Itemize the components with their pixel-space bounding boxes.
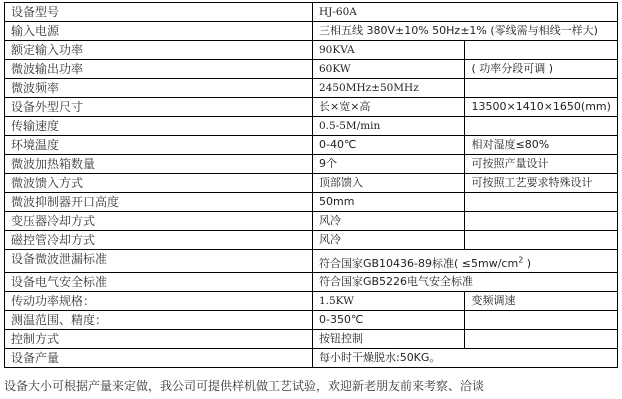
table-row: 微波频率 2450MHz±50MHz	[5, 79, 618, 98]
table-row: 设备型号 HJ-60A	[5, 3, 618, 22]
row-label-transformer-cooling: 变压器冷却方式	[5, 212, 313, 231]
row-value-control-method: 按钮控制	[312, 330, 465, 349]
row-extra-dimensions: 13500×1410×1650(mm)	[465, 98, 618, 117]
row-value-model: HJ-60A	[312, 3, 617, 22]
row-label-dimensions: 设备外型尺寸	[5, 98, 313, 117]
row-label-speed: 传输速度	[5, 117, 313, 136]
table-row: 传动功率规格： 1.5KW 变频调速	[5, 292, 618, 311]
table-row: 微波输出功率 60KW ( 功率分段可调 )	[5, 60, 618, 79]
row-value-suppressor-height: 50mm	[312, 193, 465, 212]
row-value-magnetron-cooling: 风冷	[312, 231, 465, 250]
footer-note: 设备大小可根据产量来定做，我公司可提供样机做工艺试验，欢迎新老朋友前来考察、洽谈	[4, 377, 484, 394]
row-label-temp-range: 测温范围、精度：	[5, 311, 313, 330]
row-value-output-capacity: 每小时干燥脱水:50KG。	[312, 349, 617, 368]
row-value-chamber-count: 9个	[312, 155, 465, 174]
table-row: 微波抑制器开口高度 50mm	[5, 193, 618, 212]
leakage-standard-tail: )	[523, 257, 531, 270]
row-value-temp-range: 0-350℃	[312, 311, 465, 330]
row-extra-transformer-cooling	[465, 212, 618, 231]
table-row: 设备微波泄漏标准 符合国家GB10436-89标准( ≤5mw/cm2 )	[5, 250, 618, 273]
row-value-electrical-standard: 符合国家GB5226电气安全标准	[312, 273, 617, 292]
row-label-suppressor-height: 微波抑制器开口高度	[5, 193, 313, 212]
table-row: 环境温度 0-40℃ 相对湿度≤80%	[5, 136, 618, 155]
row-value-output-power: 60KW	[312, 60, 465, 79]
row-label-magnetron-cooling: 磁控管冷却方式	[5, 231, 313, 250]
table-row: 控制方式 按钮控制	[5, 330, 618, 349]
row-label-rated-power: 额定输入功率	[5, 41, 313, 60]
row-label-leakage-standard: 设备微波泄漏标准	[5, 250, 313, 273]
table-row: 设备产量 每小时干燥脱水:50KG。	[5, 349, 618, 368]
row-label-feed-method: 微波馈入方式	[5, 174, 313, 193]
row-extra-chamber-count: 可按照产量设计	[465, 155, 618, 174]
row-label-electrical-standard: 设备电气安全标准	[5, 273, 313, 292]
row-value-ambient-temp: 0-40℃	[312, 136, 465, 155]
row-extra-drive-power: 变频调速	[465, 292, 618, 311]
row-extra-ambient-temp: 相对湿度≤80%	[465, 136, 618, 155]
row-label-control-method: 控制方式	[5, 330, 313, 349]
row-label-drive-power: 传动功率规格：	[5, 292, 313, 311]
table-row: 设备电气安全标准 符合国家GB5226电气安全标准	[5, 273, 618, 292]
table-row: 微波馈入方式 顶部馈入 可按照工艺要求特殊设计	[5, 174, 618, 193]
spec-table: 设备型号 HJ-60A 输入电源 三相五线 380V±10% 50Hz±1% (…	[4, 2, 618, 368]
table-row: 微波加热箱数量 9个 可按照产量设计	[5, 155, 618, 174]
row-value-dimensions: 长×宽×高	[312, 98, 465, 117]
row-label-model: 设备型号	[5, 3, 313, 22]
row-value-transformer-cooling: 风冷	[312, 212, 465, 231]
row-value-frequency: 2450MHz±50MHz	[312, 79, 465, 98]
leakage-standard-text: 符合国家GB10436-89标准( ≤5mw/cm	[319, 257, 518, 270]
row-label-ambient-temp: 环境温度	[5, 136, 313, 155]
row-label-output-capacity: 设备产量	[5, 349, 313, 368]
row-label-output-power: 微波输出功率	[5, 60, 313, 79]
table-row: 额定输入功率 90KVA	[5, 41, 618, 60]
table-row: 测温范围、精度： 0-350℃	[5, 311, 618, 330]
row-value-rated-power: 90KVA	[312, 41, 465, 60]
row-extra-output-power: ( 功率分段可调 )	[465, 60, 618, 79]
row-extra-control-method	[465, 330, 618, 349]
row-value-drive-power: 1.5KW	[312, 292, 465, 311]
row-extra-frequency	[465, 79, 618, 98]
table-row: 变压器冷却方式 风冷	[5, 212, 618, 231]
row-label-power-input: 输入电源	[5, 22, 313, 41]
table-row: 输入电源 三相五线 380V±10% 50Hz±1% (零线需与相线一样大)	[5, 22, 618, 41]
row-value-feed-method: 顶部馈入	[312, 174, 465, 193]
row-value-power-input: 三相五线 380V±10% 50Hz±1% (零线需与相线一样大)	[312, 22, 617, 41]
row-extra-feed-method: 可按照工艺要求特殊设计	[465, 174, 618, 193]
row-extra-suppressor-height	[465, 193, 618, 212]
row-label-chamber-count: 微波加热箱数量	[5, 155, 313, 174]
row-extra-magnetron-cooling	[465, 231, 618, 250]
row-extra-temp-range	[465, 311, 618, 330]
table-row: 传输速度 0.5-5M/min	[5, 117, 618, 136]
row-extra-speed	[465, 117, 618, 136]
table-row: 磁控管冷却方式 风冷	[5, 231, 618, 250]
row-label-frequency: 微波频率	[5, 79, 313, 98]
table-row: 设备外型尺寸 长×宽×高 13500×1410×1650(mm)	[5, 98, 618, 117]
row-value-speed: 0.5-5M/min	[312, 117, 465, 136]
row-value-leakage-standard: 符合国家GB10436-89标准( ≤5mw/cm2 )	[312, 250, 617, 273]
row-extra-rated-power	[465, 41, 618, 60]
